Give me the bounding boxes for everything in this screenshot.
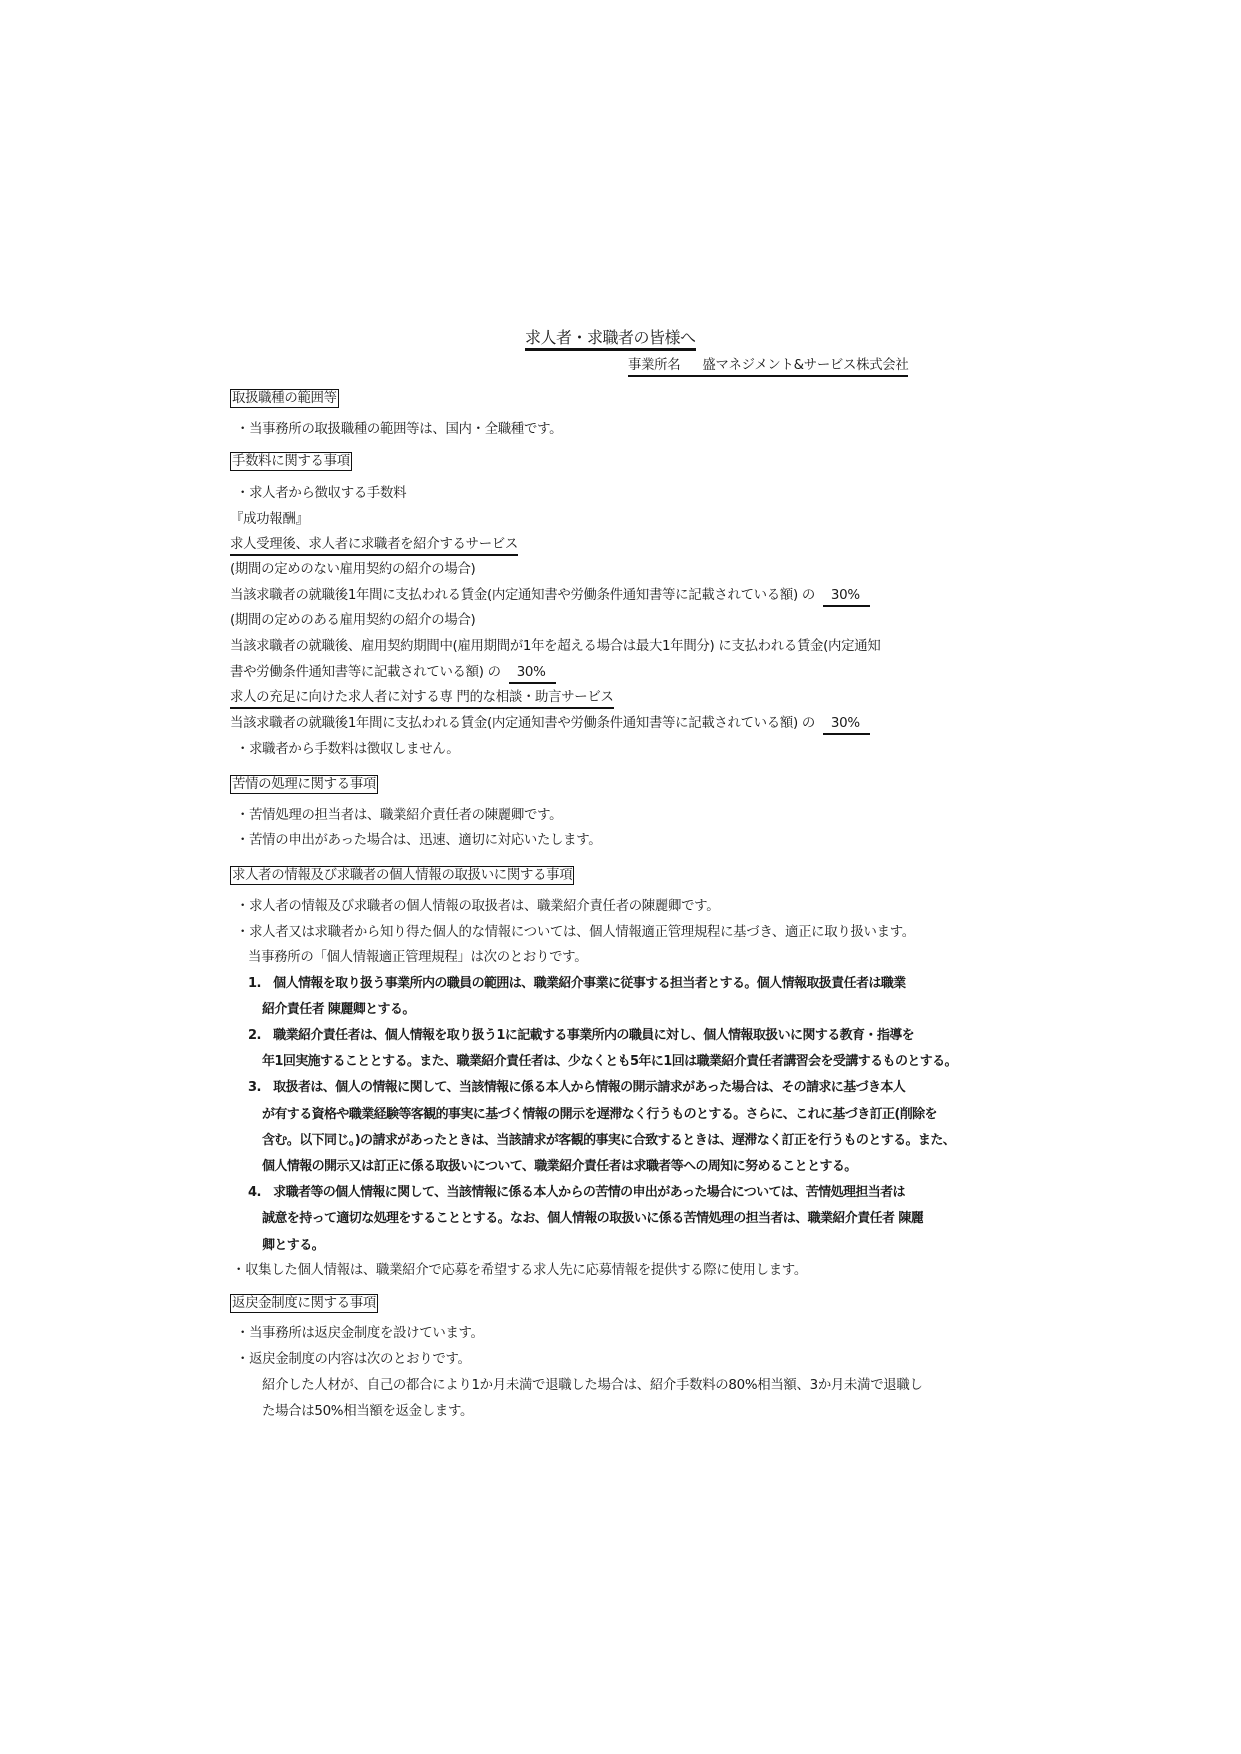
text-line: 紹介した人材が、自己の都合により1か月未満で退職した場合は、紹介手数料の80%相… [262, 1377, 923, 1395]
service-heading-consulting: 求人の充足に向けた求人者に対する専 門的な相談・助言サービス [230, 689, 614, 709]
fee-rate: 30% [823, 715, 870, 735]
text-line: ・苦情の申出があった場合は、迅速、適切に対応いたします。 [236, 832, 601, 850]
company-label: 事業所名 [628, 358, 680, 373]
section-heading-refund: 返戻金制度に関する事項 [230, 1294, 378, 1313]
text-line: ・当事務所は返戻金制度を設けています。 [236, 1325, 484, 1343]
document-page: 求人者・求職者の皆様へ 事業所名盛マネジメント&サービス株式会社 取扱職種の範囲… [0, 0, 1241, 1754]
rule-line: 誠意を持って適切な処理をすることとする。なお、個人情報の取扱いに係る苦情処理の担… [262, 1210, 923, 1228]
text-line: た場合は50%相当額を返金します。 [262, 1403, 473, 1421]
rule-line: 紹介責任者 陳麗卿とする。 [262, 1001, 415, 1019]
fee-rate: 30% [509, 664, 556, 684]
text-line: ・求職者から手数料は徴収しません。 [236, 741, 459, 759]
rule-line: 2. 職業紹介責任者は、個人情報を取り扱う1に記載する事業所内の職員に対し、個人… [248, 1027, 914, 1045]
rule-line: 含む。以下同じ。)の請求があったときは、当該請求が客観的事実に合致するときは、遅… [262, 1132, 955, 1150]
section-heading-personal-info: 求人者の情報及び求職者の個人情報の取扱いに関する事項 [230, 866, 574, 885]
company-line: 事業所名盛マネジメント&サービス株式会社 [628, 357, 908, 377]
text-line: ・苦情処理の担当者は、職業紹介責任者の陳麗卿です。 [236, 807, 562, 825]
page-title: 求人者・求職者の皆様へ [525, 328, 696, 351]
section-heading-complaints: 苦情の処理に関する事項 [230, 775, 378, 794]
rule-line: 1. 個人情報を取り扱う事業所内の職員の範囲は、職業紹介事業に従事する担当者とす… [248, 975, 906, 993]
text-line: ・返戻金制度の内容は次のとおりです。 [236, 1351, 471, 1369]
fee-line: 書や労働条件通知書等に記載されている額) の30% [230, 664, 556, 684]
text-line: (期間の定めのある雇用契約の紹介の場合) [230, 612, 475, 630]
rule-line: 4. 求職者等の個人情報に関して、当該情報に係る本人からの苦情の申出があった場合… [248, 1184, 905, 1202]
fee-line: 当該求職者の就職後1年間に支払われる賃金(内定通知書や労働条件通知書等に記載され… [230, 715, 870, 735]
rule-line: 卿とする。 [262, 1237, 324, 1255]
fee-text: 書や労働条件通知書等に記載されている額) の [230, 665, 501, 680]
fee-text: 当該求職者の就職後1年間に支払われる賃金(内定通知書や労働条件通知書等に記載され… [230, 716, 815, 731]
company-name: 盛マネジメント&サービス株式会社 [702, 358, 908, 373]
text-line: ・求人者の情報及び求職者の個人情報の取扱者は、職業紹介責任者の陳麗卿です。 [236, 898, 719, 916]
text-line: 当事務所の「個人情報適正管理規程」は次のとおりです。 [248, 949, 587, 967]
section-heading-fees: 手数料に関する事項 [230, 452, 352, 471]
text-line: ・当事務所の取扱職種の範囲等は、国内・全職種です。 [236, 421, 562, 439]
section-heading-job-scope: 取扱職種の範囲等 [230, 389, 339, 408]
fee-text: 当該求職者の就職後1年間に支払われる賃金(内定通知書や労働条件通知書等に記載され… [230, 588, 815, 603]
text-line: (期間の定めのない雇用契約の紹介の場合) [230, 561, 475, 579]
text-line: 当該求職者の就職後、雇用契約期間中(雇用期間が1年を超える場合は最大1年間分) … [230, 638, 880, 656]
service-heading-placement: 求人受理後、求人者に求職者を紹介するサービス [230, 536, 518, 556]
rule-line: 個人情報の開示又は訂正に係る取扱いについて、職業紹介責任者は求職者等への周知に努… [262, 1158, 857, 1176]
rule-line: 3. 取扱者は、個人の情報に関して、当該情報に係る本人から情報の開示請求があった… [248, 1079, 905, 1097]
rule-line: 年1回実施することとする。また、職業紹介責任者は、少なくとも5年に1回は職業紹介… [262, 1053, 957, 1071]
text-line: ・求人者又は求職者から知り得た個人的な情報については、個人情報適正管理規程に基づ… [236, 924, 915, 942]
text-line: ・求人者から徴収する手数料 [236, 485, 406, 503]
rule-line: が有する資格や職業経験等客観的事実に基づく情報の開示を遅滞なく行うものとする。さ… [262, 1106, 937, 1124]
text-line: ・収集した個人情報は、職業紹介で応募を希望する求人先に応募情報を提供する際に使用… [232, 1262, 807, 1280]
fee-rate: 30% [823, 587, 870, 607]
fee-line: 当該求職者の就職後1年間に支払われる賃金(内定通知書や労働条件通知書等に記載され… [230, 587, 870, 607]
text-line: 『成功報酬』 [230, 511, 309, 529]
